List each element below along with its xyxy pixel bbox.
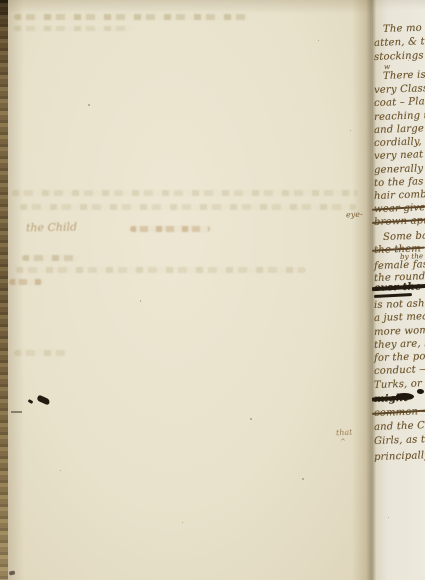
manuscript-line: There is [383, 70, 425, 82]
ink-blot [417, 389, 424, 394]
foxing-speck [318, 40, 319, 41]
manuscript-line: a just mea [374, 311, 425, 324]
manuscript-line: reaching to [374, 110, 425, 123]
bleedthrough-line [14, 350, 66, 356]
manuscript-line: more wome [374, 325, 425, 338]
bleedthrough-line [14, 14, 250, 20]
manuscript-line-struck-heavy: over the robes [374, 280, 425, 294]
manuscript-line: coat – Plaid [374, 96, 425, 109]
bleedthrough-line [22, 255, 80, 261]
manuscript-line: conduct — [374, 364, 425, 377]
foxing-speck [60, 470, 61, 471]
handwritten-text-column: The mo atten, & thei stockings an w Ther… [374, 0, 425, 480]
bleedthrough-text: the Child [26, 221, 77, 235]
bleedthrough-line [20, 204, 356, 210]
foxing-speck [350, 130, 351, 131]
ink-dash-mark [11, 411, 22, 413]
bleedthrough-line [130, 226, 210, 232]
manuscript-line: very neat ar [374, 149, 425, 162]
manuscript-line: stockings an [374, 50, 425, 63]
manuscript-line: they are, by [374, 338, 425, 351]
bleedthrough-line [14, 26, 134, 31]
manuscript-line: The mo [383, 23, 422, 35]
manuscript-line: for the poor f [374, 351, 425, 364]
marginal-note-eye: eye- [346, 210, 363, 220]
foxing-speck [140, 300, 141, 302]
manuscript-line: atten, & thei [374, 36, 425, 49]
foxing-speck [388, 517, 389, 518]
foxing-speck [250, 418, 252, 420]
marginal-note-insert: that [336, 428, 353, 438]
manuscript-line: to the fas [374, 176, 424, 189]
foxing-speck [88, 104, 90, 106]
foxing-speck [302, 478, 304, 480]
manuscript-line: generally wor [374, 162, 425, 176]
manuscript-line: hair comb [374, 189, 425, 202]
manuscript-line: female fash [374, 259, 425, 272]
bleedthrough-line [12, 190, 358, 196]
manuscript-line: very Class in [374, 83, 425, 96]
manuscript-line: Girls, as th [374, 434, 425, 447]
manuscript-line: principally [374, 450, 425, 463]
bleedthrough-line [16, 267, 306, 273]
insertion-caret-mark: ^ [340, 438, 346, 446]
bleedthrough-line [9, 279, 43, 285]
ink-blot [396, 393, 414, 400]
manuscript-line: Some ba [383, 230, 425, 243]
heavy-strike-bar [374, 293, 412, 298]
manuscript-line: and the Chi [374, 420, 425, 433]
manuscript-line-struck: wear give [374, 202, 425, 215]
left-page [8, 0, 372, 580]
manuscript-line: is not asham [374, 298, 425, 311]
manuscript-line-struck: common — [374, 406, 425, 419]
foxing-speck [182, 522, 183, 523]
manuscript-scan: the Child eye- that ^ The mo atten, & th… [0, 0, 425, 580]
manuscript-line-struck: brown apro [374, 215, 425, 228]
manuscript-line: and large ar [374, 123, 425, 136]
manuscript-line: cordially, blac [374, 135, 425, 149]
